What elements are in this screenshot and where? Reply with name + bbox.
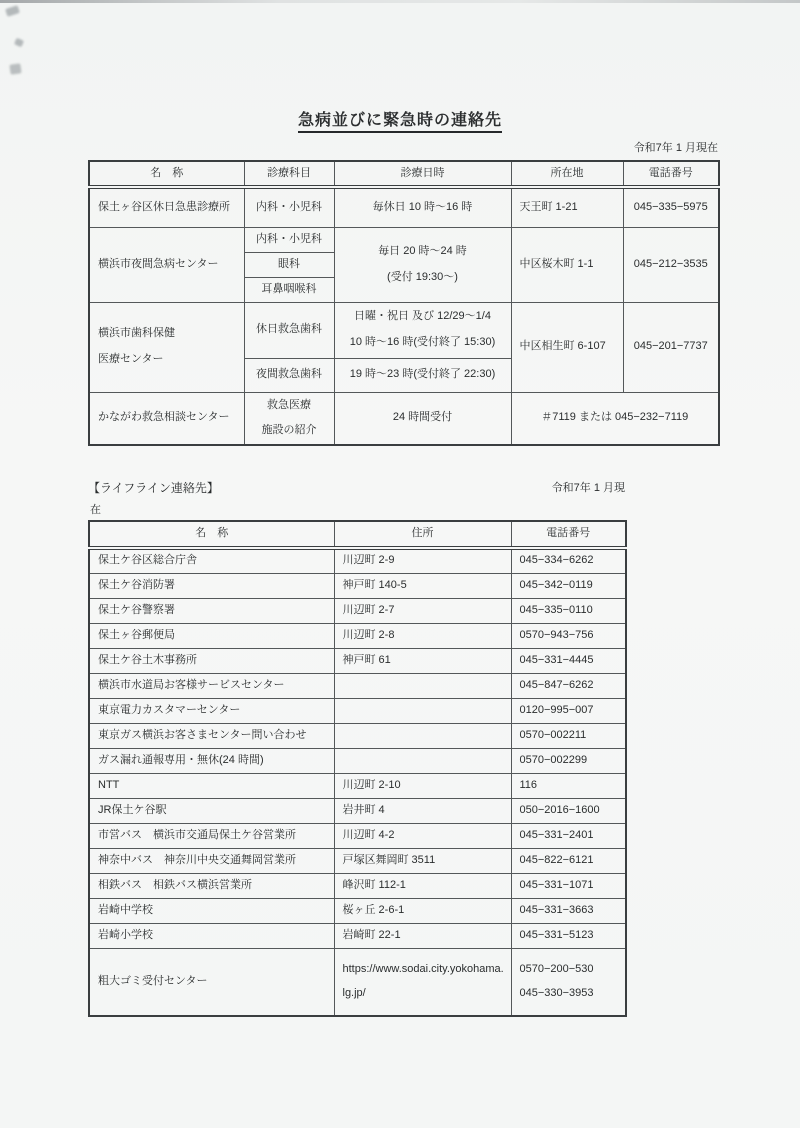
- cell-name: NTT: [89, 773, 334, 798]
- cell-name: JR保土ケ谷駅: [89, 798, 334, 823]
- cell-phone: 045−212−3535: [623, 227, 719, 302]
- url-line: https://www.sodai.city.yokohama.: [343, 963, 507, 977]
- cell-name: 岩崎小学校: [89, 923, 334, 948]
- table-row: 岩崎小学校 岩崎町 22-1 045−331−5123: [89, 923, 626, 948]
- url-line: lg.jp/: [343, 987, 507, 1001]
- table-header-row: 名 称 診療科目 診療日時 所在地 電話番号: [89, 161, 719, 187]
- cell-address: 戸塚区舞岡町 3511: [334, 848, 511, 873]
- cell-address: 桜ヶ丘 2-6-1: [334, 898, 511, 923]
- schedule-line: (受付 19:30～): [339, 271, 507, 285]
- cell-address: [334, 723, 511, 748]
- cell-name: 相鉄バス 相鉄バス横浜営業所: [89, 873, 334, 898]
- column-header-address: 住所: [334, 521, 511, 548]
- cell-department: 眼科: [244, 252, 334, 277]
- date-note: 令和7年 1 月現: [552, 479, 625, 495]
- department-line: 施設の紹介: [249, 424, 330, 438]
- column-header-name: 名 称: [89, 161, 244, 187]
- cell-name: ガス漏れ通報専用・無休(24 時間): [89, 748, 334, 773]
- lifeline-contacts-table: 名 称 住所 電話番号 保土ケ谷区総合庁舎 川辺町 2-9 045−334−62…: [88, 520, 627, 1017]
- cell-address: 神戸町 140-5: [334, 573, 511, 598]
- cell-schedule: 日曜・祝日 及び 12/29～1/4 10 時～16 時(受付終了 15:30): [334, 302, 511, 358]
- cell-name: かながわ救急相談センター: [89, 392, 244, 445]
- cell-phone: 0120−995−007: [511, 698, 626, 723]
- table-header-row: 名 称 住所 電話番号: [89, 521, 626, 548]
- cell-department: 内科・小児科: [244, 227, 334, 252]
- cell-address: 川辺町 2-10: [334, 773, 511, 798]
- cell-name: 保土ヶ谷郵便局: [89, 623, 334, 648]
- scan-edge-shadow: [0, 0, 800, 3]
- cell-address: 岩崎町 22-1: [334, 923, 511, 948]
- cell-address: 川辺町 2-7: [334, 598, 511, 623]
- table-row: 粗大ゴミ受付センター https://www.sodai.city.yokoha…: [89, 948, 626, 1016]
- table-row: かながわ救急相談センター 救急医療 施設の紹介 24 時間受付 ＃7119 また…: [89, 392, 719, 445]
- cell-name: 粗大ゴミ受付センター: [89, 948, 334, 1016]
- cell-phone: 0570−200−530 045−330−3953: [511, 948, 626, 1016]
- cell-phone: 116: [511, 773, 626, 798]
- table-row: 保土ケ谷警察署 川辺町 2-7 045−335−0110: [89, 598, 626, 623]
- cell-address: 峰沢町 112-1: [334, 873, 511, 898]
- table-row: 保土ケ谷消防署 神戸町 140-5 045−342−0119: [89, 573, 626, 598]
- cell-schedule: 毎日 20 時～24 時 (受付 19:30～): [334, 227, 511, 302]
- table-row: 横浜市水道局お客様サービスセンター 045−847−6262: [89, 673, 626, 698]
- cell-name: 神奈中バス 神奈川中央交通舞岡営業所: [89, 848, 334, 873]
- cell-phone: 045−331−2401: [511, 823, 626, 848]
- cell-schedule: 毎休日 10 時～16 時: [334, 187, 511, 227]
- name-line: 医療センター: [98, 353, 240, 367]
- section-title: 【ライフライン連絡先】: [88, 479, 219, 496]
- scanned-document-page: 急病並びに緊急時の連絡先 令和7年 1 月現在 名 称 診療科目 診療日時 所在…: [0, 0, 800, 1128]
- cell-department: 救急医療 施設の紹介: [244, 392, 334, 445]
- cell-name: 市営バス 横浜市交通局保土ケ谷営業所: [89, 823, 334, 848]
- cell-address: 川辺町 2-9: [334, 548, 511, 573]
- cell-phone: 045−847−6262: [511, 673, 626, 698]
- cell-phone: 045−331−1071: [511, 873, 626, 898]
- cell-address: https://www.sodai.city.yokohama. lg.jp/: [334, 948, 511, 1016]
- cell-name: 横浜市歯科保健 医療センター: [89, 302, 244, 392]
- column-header-name: 名 称: [89, 521, 334, 548]
- cell-phone: 050−2016−1600: [511, 798, 626, 823]
- cell-address: 神戸町 61: [334, 648, 511, 673]
- table-row: 市営バス 横浜市交通局保土ケ谷営業所 川辺町 4-2 045−331−2401: [89, 823, 626, 848]
- scan-smudge: [5, 5, 20, 17]
- cell-address: 川辺町 2-8: [334, 623, 511, 648]
- schedule-line: 日曜・祝日 及び 12/29～1/4: [339, 310, 507, 324]
- cell-phone: 045−331−3663: [511, 898, 626, 923]
- cell-name: 保土ヶ谷区休日急患診療所: [89, 187, 244, 227]
- column-header-schedule: 診療日時: [334, 161, 511, 187]
- cell-address: [334, 698, 511, 723]
- cell-phone: 0570−002211: [511, 723, 626, 748]
- cell-name: 保土ケ谷警察署: [89, 598, 334, 623]
- table-row: 岩崎中学校 桜ヶ丘 2-6-1 045−331−3663: [89, 898, 626, 923]
- cell-contact: ＃7119 または 045−232−7119: [511, 392, 719, 445]
- cell-department: 耳鼻咽喉科: [244, 277, 334, 302]
- department-line: 救急医療: [249, 399, 330, 413]
- column-header-phone: 電話番号: [623, 161, 719, 187]
- cell-department: 夜間救急歯科: [244, 358, 334, 392]
- cell-department: 内科・小児科: [244, 187, 334, 227]
- scan-smudge: [9, 63, 21, 74]
- cell-address: 中区相生町 6-107: [511, 302, 623, 392]
- cell-phone: 045−335−5975: [623, 187, 719, 227]
- cell-name: 保土ケ谷区総合庁舎: [89, 548, 334, 573]
- date-note-wrapped: 在: [90, 501, 101, 517]
- cell-phone: 045−331−5123: [511, 923, 626, 948]
- cell-phone: 045−334−6262: [511, 548, 626, 573]
- cell-schedule: 24 時間受付: [334, 392, 511, 445]
- table-row: JR保土ケ谷駅 岩井町 4 050−2016−1600: [89, 798, 626, 823]
- cell-address: [334, 748, 511, 773]
- cell-phone: 045−335−0110: [511, 598, 626, 623]
- cell-phone: 045−822−6121: [511, 848, 626, 873]
- page-title: 急病並びに緊急時の連絡先: [0, 107, 800, 130]
- cell-name: 保土ケ谷土木事務所: [89, 648, 334, 673]
- cell-name: 岩崎中学校: [89, 898, 334, 923]
- table-row: 保土ヶ谷区休日急患診療所 内科・小児科 毎休日 10 時～16 時 天王町 1-…: [89, 187, 719, 227]
- cell-department: 休日救急歯科: [244, 302, 334, 358]
- cell-name: 東京ガス横浜お客さまセンター問い合わせ: [89, 723, 334, 748]
- table-row: 相鉄バス 相鉄バス横浜営業所 峰沢町 112-1 045−331−1071: [89, 873, 626, 898]
- column-header-address: 所在地: [511, 161, 623, 187]
- cell-name: 横浜市水道局お客様サービスセンター: [89, 673, 334, 698]
- column-header-phone: 電話番号: [511, 521, 626, 548]
- cell-address: [334, 673, 511, 698]
- table-row: 横浜市歯科保健 医療センター 休日救急歯科 日曜・祝日 及び 12/29～1/4…: [89, 302, 719, 358]
- medical-contacts-table: 名 称 診療科目 診療日時 所在地 電話番号 保土ヶ谷区休日急患診療所 内科・小…: [88, 160, 720, 446]
- table-row: 東京ガス横浜お客さまセンター問い合わせ 0570−002211: [89, 723, 626, 748]
- name-line: 横浜市歯科保健: [98, 327, 240, 341]
- date-note: 令和7年 1 月現在: [88, 139, 718, 155]
- schedule-line: 10 時～16 時(受付終了 15:30): [339, 336, 507, 350]
- column-header-department: 診療科目: [244, 161, 334, 187]
- table-row: 保土ケ谷土木事務所 神戸町 61 045−331−4445: [89, 648, 626, 673]
- table-row: 保土ヶ谷郵便局 川辺町 2-8 0570−943−756: [89, 623, 626, 648]
- cell-phone: 045−331−4445: [511, 648, 626, 673]
- table-row: 神奈中バス 神奈川中央交通舞岡営業所 戸塚区舞岡町 3511 045−822−6…: [89, 848, 626, 873]
- table-row: 横浜市夜間急病センター 内科・小児科 毎日 20 時～24 時 (受付 19:3…: [89, 227, 719, 252]
- scan-smudge: [14, 38, 24, 48]
- cell-name: 東京電力カスタマーセンター: [89, 698, 334, 723]
- cell-address: 川辺町 4-2: [334, 823, 511, 848]
- cell-phone: 045−342−0119: [511, 573, 626, 598]
- cell-address: 岩井町 4: [334, 798, 511, 823]
- phone-line: 0570−200−530: [520, 963, 622, 977]
- cell-name: 保土ケ谷消防署: [89, 573, 334, 598]
- table-row: NTT 川辺町 2-10 116: [89, 773, 626, 798]
- cell-address: 天王町 1-21: [511, 187, 623, 227]
- cell-phone: 045−201−7737: [623, 302, 719, 392]
- phone-line: 045−330−3953: [520, 987, 622, 1001]
- cell-address: 中区桜木町 1-1: [511, 227, 623, 302]
- cell-phone: 0570−943−756: [511, 623, 626, 648]
- lifeline-section-heading: 【ライフライン連絡先】 令和7年 1 月現: [88, 479, 625, 496]
- table-row: 保土ケ谷区総合庁舎 川辺町 2-9 045−334−6262: [89, 548, 626, 573]
- table-row: 東京電力カスタマーセンター 0120−995−007: [89, 698, 626, 723]
- schedule-line: 毎日 20 時～24 時: [339, 245, 507, 259]
- table-row: ガス漏れ通報専用・無休(24 時間) 0570−002299: [89, 748, 626, 773]
- cell-name: 横浜市夜間急病センター: [89, 227, 244, 302]
- cell-schedule: 19 時～23 時(受付終了 22:30): [334, 358, 511, 392]
- cell-phone: 0570−002299: [511, 748, 626, 773]
